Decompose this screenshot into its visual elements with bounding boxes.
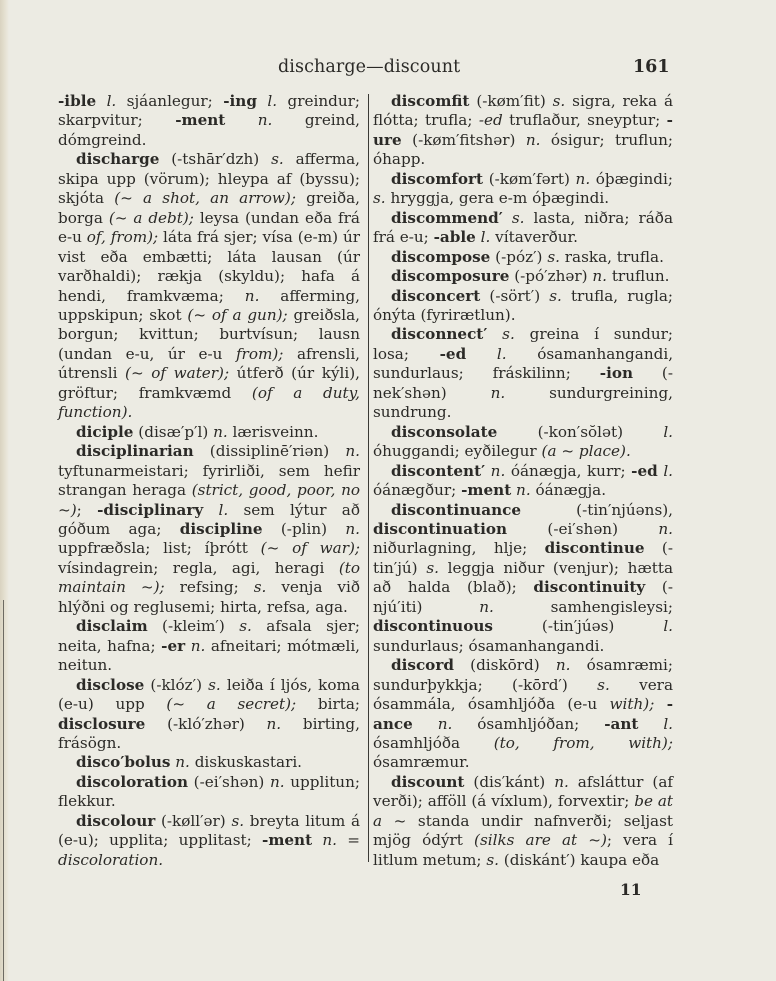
definition-text: óánægður; [373,481,461,499]
italic-text: s. [549,287,562,305]
entry-disclose: disclose (-klóz′) s. leiða í ljós, koma … [58,676,360,754]
italic-text: (a ~ place). [542,442,631,460]
headword: disconsolate [391,423,497,441]
headword: disclose [76,676,144,694]
definition-text: (-ei′shən) [507,520,658,538]
definition-text: (-køm′fitshər) [402,131,526,149]
headword: discontinuation [373,520,507,538]
page-binding-edge [0,0,9,981]
italic-text: s. [373,189,386,207]
entry-disclaim: disclaim (-kleim′) s. afsala sjer; neita… [58,617,360,675]
entry-discobolus: disco′bolus n. diskuskastari. [58,753,360,772]
headword: discomfit [391,92,469,110]
definition-text: óhuggandi; eyðilegur [373,442,542,460]
entry-disconcert: disconcert (-sört′) s. trufla, rugla; ón… [373,287,673,326]
definition-text: (-klóz′) [144,676,208,694]
headword: discomfort [391,170,483,188]
headword: discord [391,656,454,674]
headword: -disciplinary [97,501,203,519]
italic-text: s. [208,676,221,694]
definition-text: vísindagrein; regla, agi, heragi [58,559,339,577]
italic-text: l. [663,617,673,635]
definition-text: birta; [296,695,360,713]
definition-text: (-kló′zhər) [145,715,266,733]
italic-text: -ed [479,111,503,129]
definition-text: truflun. [607,267,670,285]
italic-text: (~ of war); [261,539,360,557]
italic-text: discoloration. [58,851,163,869]
italic-text: s. [239,617,252,635]
headword: discontent′ [391,462,485,480]
entry-discolour: discolour (-køll′ər) s. breyta litum á (… [58,812,360,870]
definition-text [466,345,497,363]
entry-discoloration: discoloration (-ei′shən) n. upplitun; fl… [58,773,360,812]
definition-text: ósamræmur. [373,753,470,771]
definition-text: niðurlagning, hlje; [373,539,545,557]
italic-text: (silks are at ~) [474,831,607,849]
italic-text: of, from); [87,228,158,246]
italic-text: s. [547,248,560,266]
italic-text: n. [438,715,453,733]
definition-text: diskuskastari. [190,753,302,771]
entry-discharge: discharge (-tshār′dzh) s. afferma, skipa… [58,150,360,422]
italic-text: (~ a shot, an arrow); [114,189,296,207]
entry-discomfit: discomfit (-køm′fit) s. sigra, reka á fl… [373,92,673,170]
entry-discompose: discompose (-póz′) s. raska, trufla. [373,248,673,267]
italic-text: s. [512,209,525,227]
definition-text: (-ei′shən) [188,773,270,791]
headword: discount [391,773,464,791]
italic-text: (~ of a gun); [187,306,287,324]
headword: discoloration [76,773,188,791]
headword: discipline [180,520,263,538]
definition-text: (-kleim′) [148,617,240,635]
definition-text: (dissiplinē′riən) [194,442,346,460]
italic-text: (~ a secret); [166,695,296,713]
headword: discommend′ [391,209,503,227]
definition-text: (-tshār′dzh) [159,150,271,168]
entry-discord: discord (diskōrd) n. ósamræmi; sundurþyk… [373,656,673,773]
definition-text [312,831,322,849]
column-divider [368,94,369,862]
italic-text: n. [658,520,673,538]
definition-text: óánægja, kurr; [505,462,631,480]
entry-disconnect: disconnect′ s. greina í sundur; losa; -e… [373,325,673,422]
italic-text: n. [245,287,260,305]
italic-text: l. [663,423,673,441]
definition-text: sundurlaus; ósamanhangandi. [373,637,604,655]
definition-text: ; [77,501,97,519]
headword: -ant [604,715,638,733]
headword: discolour [76,812,155,830]
definition-text: (-køll′ər) [155,812,231,830]
definition-text: ósamhljóðan; [452,715,604,733]
italic-text: n. [258,111,273,129]
headword: -ible [58,92,96,110]
headword: disclaim [76,617,148,635]
italic-text: n. [592,267,607,285]
italic-text: s. [486,851,499,869]
definition-text: (-pó′zhər) [509,267,592,285]
definition-text: raska, trufla. [560,248,664,266]
italic-text: l. [107,92,117,110]
italic-text: (~ of water); [125,364,229,382]
italic-text: with); [610,695,655,713]
entry-discontinuance: discontinuance (-tin′njúəns), discontinu… [373,501,673,657]
italic-text: (to, from, with); [494,734,673,752]
headword: disconcert [391,287,480,305]
definition-text: refsing; [165,578,254,596]
definition-text: (-køm′fit) [469,92,552,110]
definition-text: óánægja. [531,481,606,499]
entry-continuation: -ible l. sjáanlegur; -ing l. greindur; s… [58,92,360,150]
binding-shadow-line [3,600,4,981]
italic-text: n. [175,753,190,771]
italic-text: s. [271,150,284,168]
headword: disco′bolus [76,753,170,771]
italic-text: n. [267,715,282,733]
italic-text: n. [576,170,591,188]
definition-text [225,111,257,129]
definition-text: (diskōrd) [454,656,556,674]
headword: disconnect′ [391,325,487,343]
italic-text: n. [556,656,571,674]
headword: -ment [461,481,511,499]
italic-text: s. [597,676,610,694]
definition-text [487,325,502,343]
definition-text: (-sört′) [480,287,549,305]
italic-text: n. [526,131,541,149]
headword: disciplinarian [76,442,194,460]
italic-text: n. [322,831,337,849]
italic-text: n. [270,773,285,791]
headword: discontinuous [373,617,493,635]
entry-diciple: diciple (disæ′p′l) n. lærisveinn. [58,423,360,442]
italic-text: l. [663,715,673,733]
headword: discontinuity [533,578,645,596]
definition-text: (disæ′p′l) [133,423,213,441]
headword: discompose [391,248,490,266]
entry-disconsolate: disconsolate (-kon′sŏlət) l. óhuggandi; … [373,423,673,462]
italic-text: n. [191,637,206,655]
definition-text: vítaverður. [490,228,578,246]
left-column: -ible l. sjáanlegur; -ing l. greindur; s… [58,92,360,870]
definition-text [413,715,438,733]
running-head: discharge—discount 161 [0,57,776,81]
italic-text: s. [502,325,515,343]
italic-text: n. [213,423,228,441]
definition-text: samhengisleysi; [494,598,673,616]
italic-text: n. [345,442,360,460]
italic-text: l. [267,92,277,110]
headword: -er [161,637,185,655]
italic-text: l. [481,228,491,246]
italic-text: s. [231,812,244,830]
headword: discontinue [545,539,645,557]
headword: discomposure [391,267,509,285]
definition-text: óþægindi; [590,170,673,188]
definition-text [654,695,666,713]
signature-mark: 11 [620,880,642,899]
headword: -ion [600,364,633,382]
definition-text: (-póz′) [490,248,547,266]
definition-text [96,92,106,110]
headword: -ing [223,92,257,110]
entry-discommend: discommend′ s. lasta, niðra; ráða frá e-… [373,209,673,248]
italic-text: l. [219,501,229,519]
italic-text: n. [491,462,506,480]
definition-text [203,501,218,519]
headword: -ment [262,831,312,849]
italic-text: s. [553,92,566,110]
page-number: 161 [633,57,670,77]
definition-text [257,92,267,110]
definition-text: (-tin′júəs) [493,617,663,635]
entry-discomfort: discomfort (-køm′fərt) n. óþægindi; s. h… [373,170,673,209]
headword: discharge [76,150,159,168]
headword: -ed [440,345,467,363]
definition-text: ósamhljóða [373,734,494,752]
italic-text: (~ a debt); [109,209,194,227]
italic-text: n. [554,773,569,791]
headword: disclosure [58,715,145,733]
italic-text: l. [497,345,507,363]
definition-text: (diskánt′) kaupa eða [499,851,659,869]
headword: discontinuance [391,501,521,519]
running-head-title: discharge—discount [278,57,460,77]
italic-text: n. [516,481,531,499]
definition-text: (-køm′fərt) [483,170,575,188]
entry-disciplinarian: disciplinarian (dissiplinē′riən) n. tyft… [58,442,360,617]
headword: -ment [175,111,225,129]
definition-text: truflaður, sneyptur; [503,111,667,129]
definition-text: uppfræðsla; list; íþrótt [58,539,261,557]
italic-text: n. [479,598,494,616]
headword: -ed [631,462,658,480]
definition-text: (-tin′njúəns), [521,501,673,519]
italic-text: n. [491,384,506,402]
definition-text: lærisveinn. [228,423,319,441]
definition-text: (-kon′sŏlət) [497,423,663,441]
italic-text: l. [663,462,673,480]
italic-text: n. [345,520,360,538]
definition-text [503,209,512,227]
italic-text: s. [254,578,267,596]
entry-discontent: discontent′ n. óánægja, kurr; -ed l. óán… [373,462,673,501]
entry-discount: discount (dis′kánt) n. afsláttur (af ver… [373,773,673,870]
entry-discomposure: discomposure (-pó′zhər) n. truflun. [373,267,673,286]
headword: diciple [76,423,133,441]
right-column: discomfit (-køm′fit) s. sigra, reka á fl… [373,92,673,870]
definition-text: (-plin) [263,520,346,538]
definition-text: sjáanlegur; [116,92,223,110]
definition-text: (dis′kánt) [464,773,554,791]
italic-text: from); [236,345,283,363]
definition-text: hryggja, gera e-m óþægindi. [386,189,609,207]
definition-text [638,715,663,733]
definition-text: = [337,831,360,849]
headword: -able [434,228,476,246]
italic-text: s. [426,559,439,577]
